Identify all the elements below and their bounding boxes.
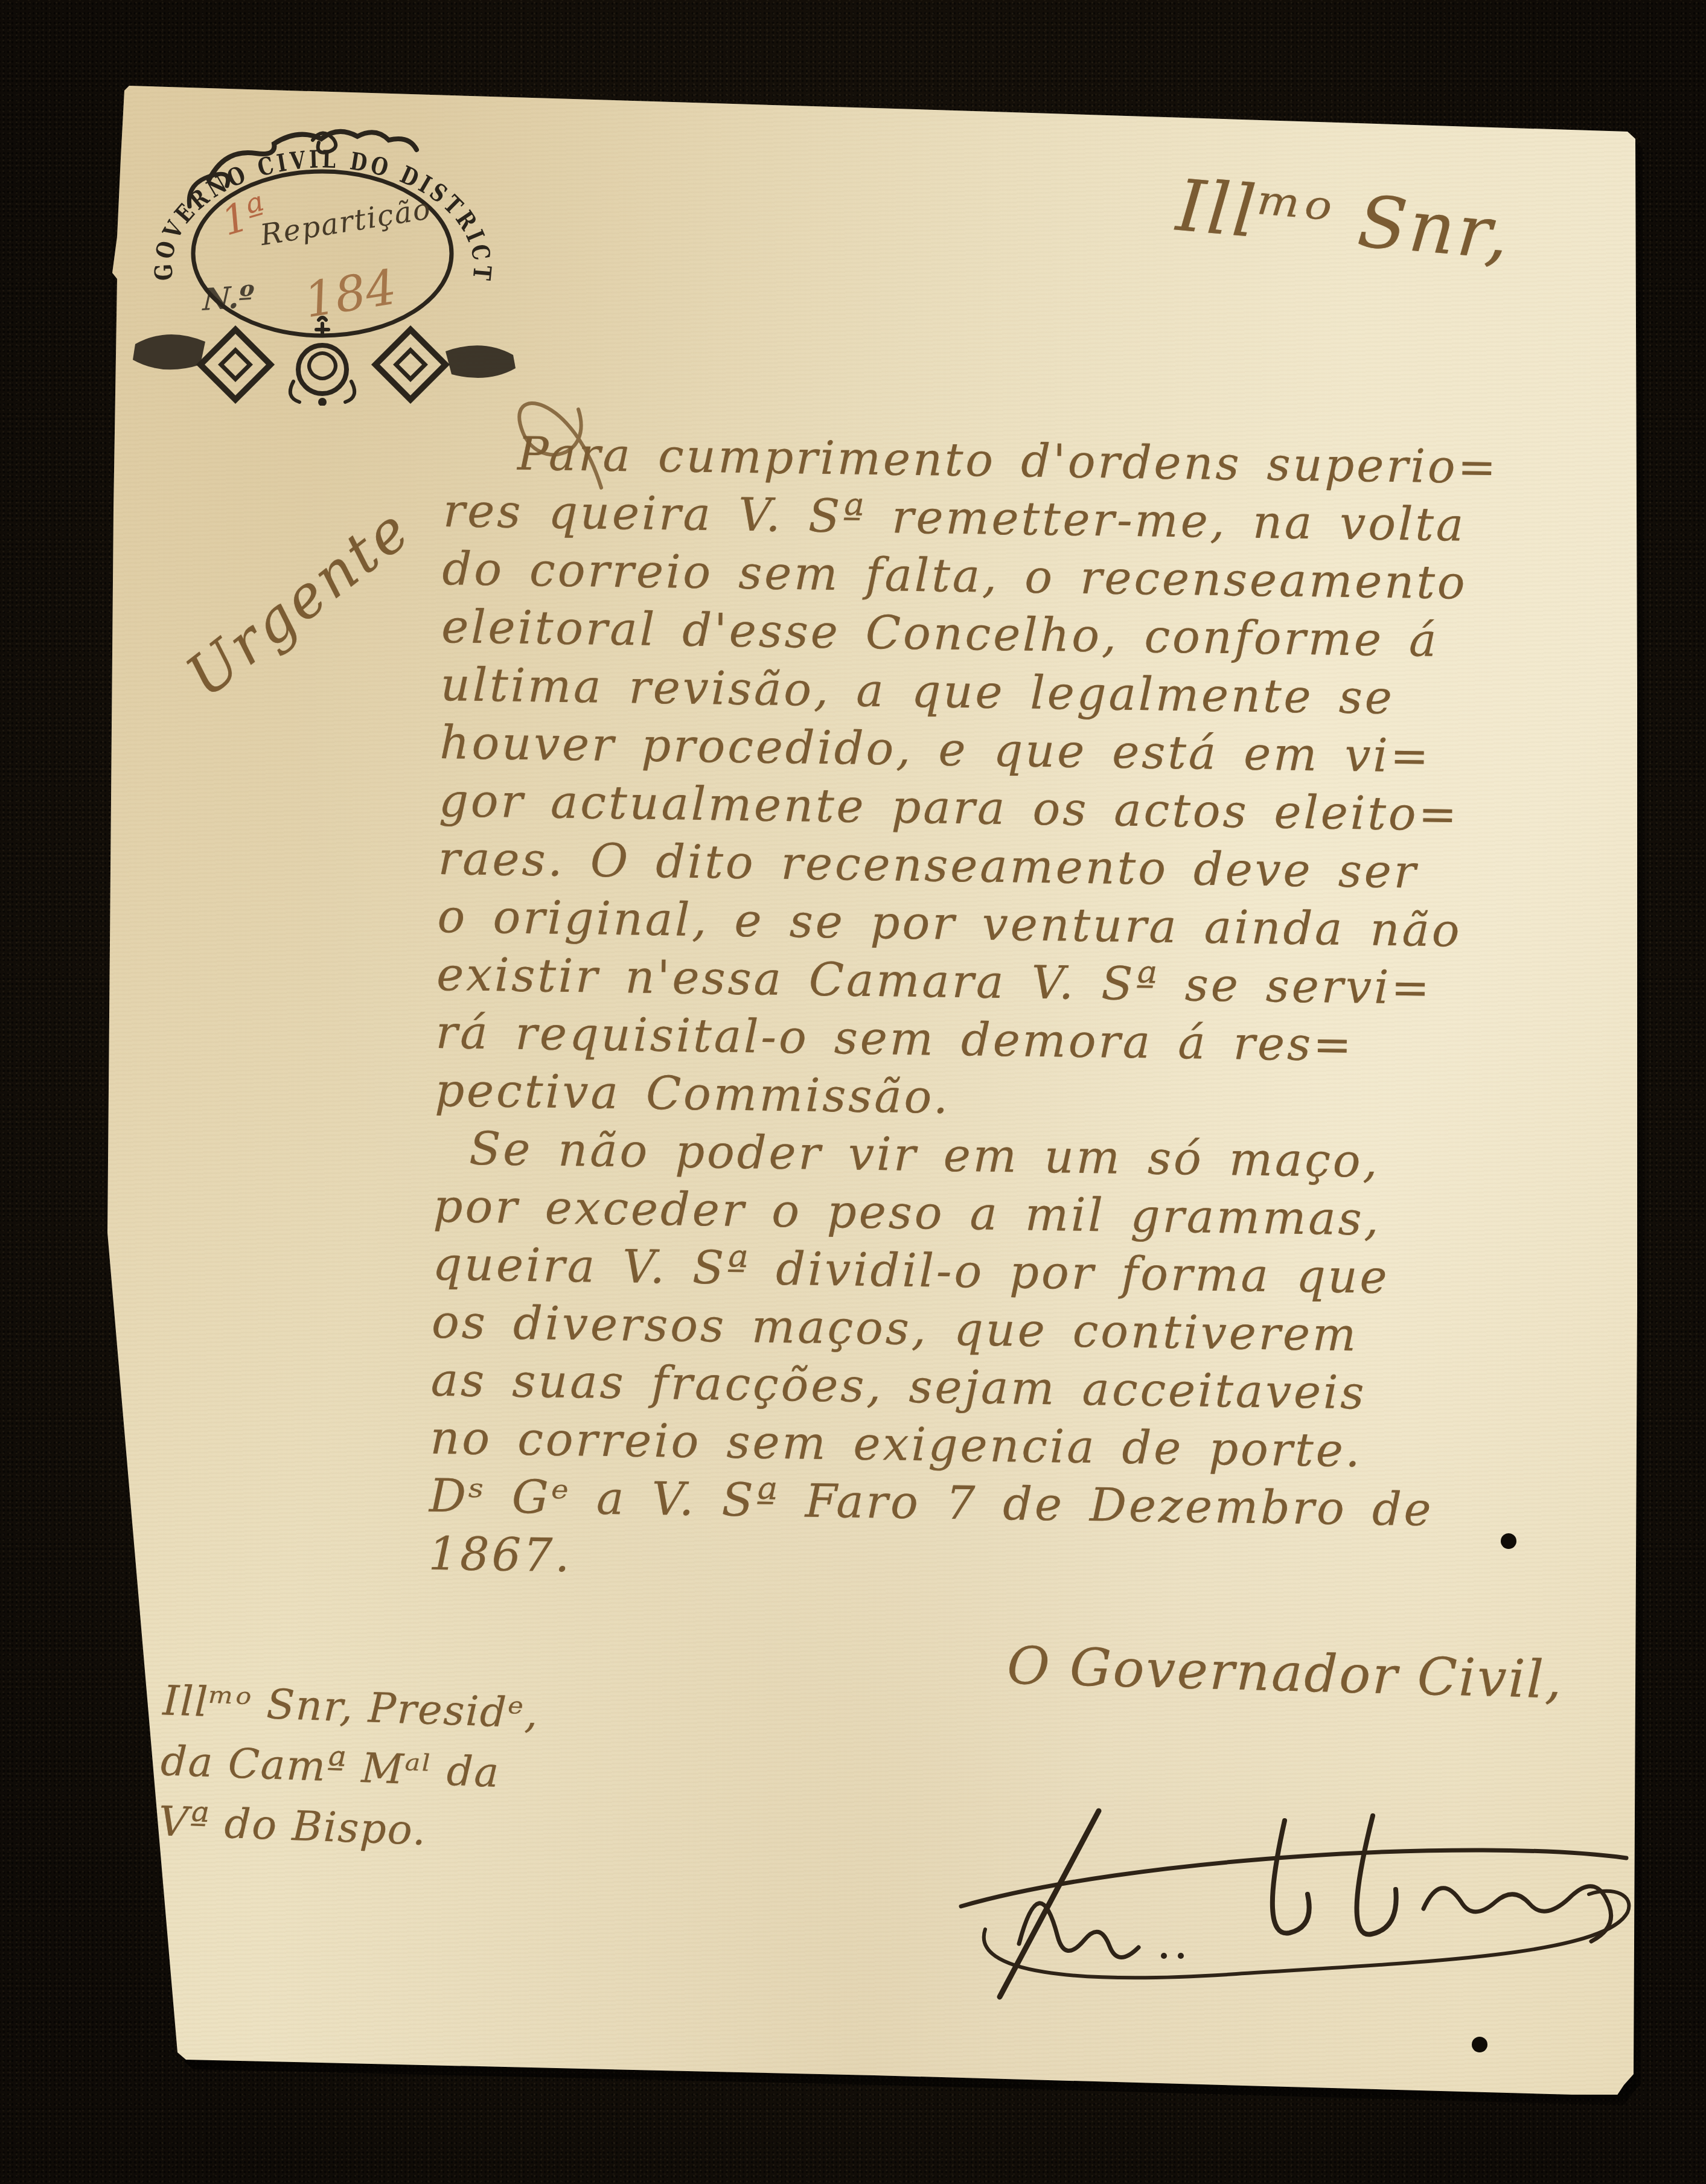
stamp-ribbon-left — [133, 334, 205, 369]
stamp-ring-text: GOVERNO CIVIL DO DISTRICTO DE FARO — [132, 122, 497, 285]
stamp-graphic: GOVERNO CIVIL DO DISTRICTO DE FARO — [132, 122, 518, 406]
stamp-ring-text-element: GOVERNO CIVIL DO DISTRICTO DE FARO — [132, 122, 497, 285]
government-oval-stamp: GOVERNO CIVIL DO DISTRICTO DE FARO — [132, 122, 518, 406]
signature-flourish — [947, 1800, 1659, 2005]
stamp-number-label: N.º — [202, 278, 255, 318]
letter-body: Para cumprimento d'ordens superio=res qu… — [428, 424, 1649, 1600]
stamp-diamond-right — [375, 330, 446, 400]
urgency-note: Urgente — [174, 494, 424, 710]
stamp-central-medallion — [290, 318, 354, 406]
closing-line: O Governador Civil, — [1006, 1636, 1672, 1714]
addressee-block: Illᵐᵒ Snr, Presidᵉ,da Camª Mᵃˡ daVª do B… — [158, 1671, 707, 1871]
ink-dot-right-bottom — [1472, 2037, 1487, 2052]
letter-paper: GOVERNO CIVIL DO DISTRICTO DE FARO — [89, 86, 1637, 2095]
ink-dot-right-middle — [1501, 1533, 1516, 1549]
stamp-diamond-left — [200, 330, 270, 400]
salutation: Illᵐᵒ Snr, — [1174, 164, 1706, 294]
